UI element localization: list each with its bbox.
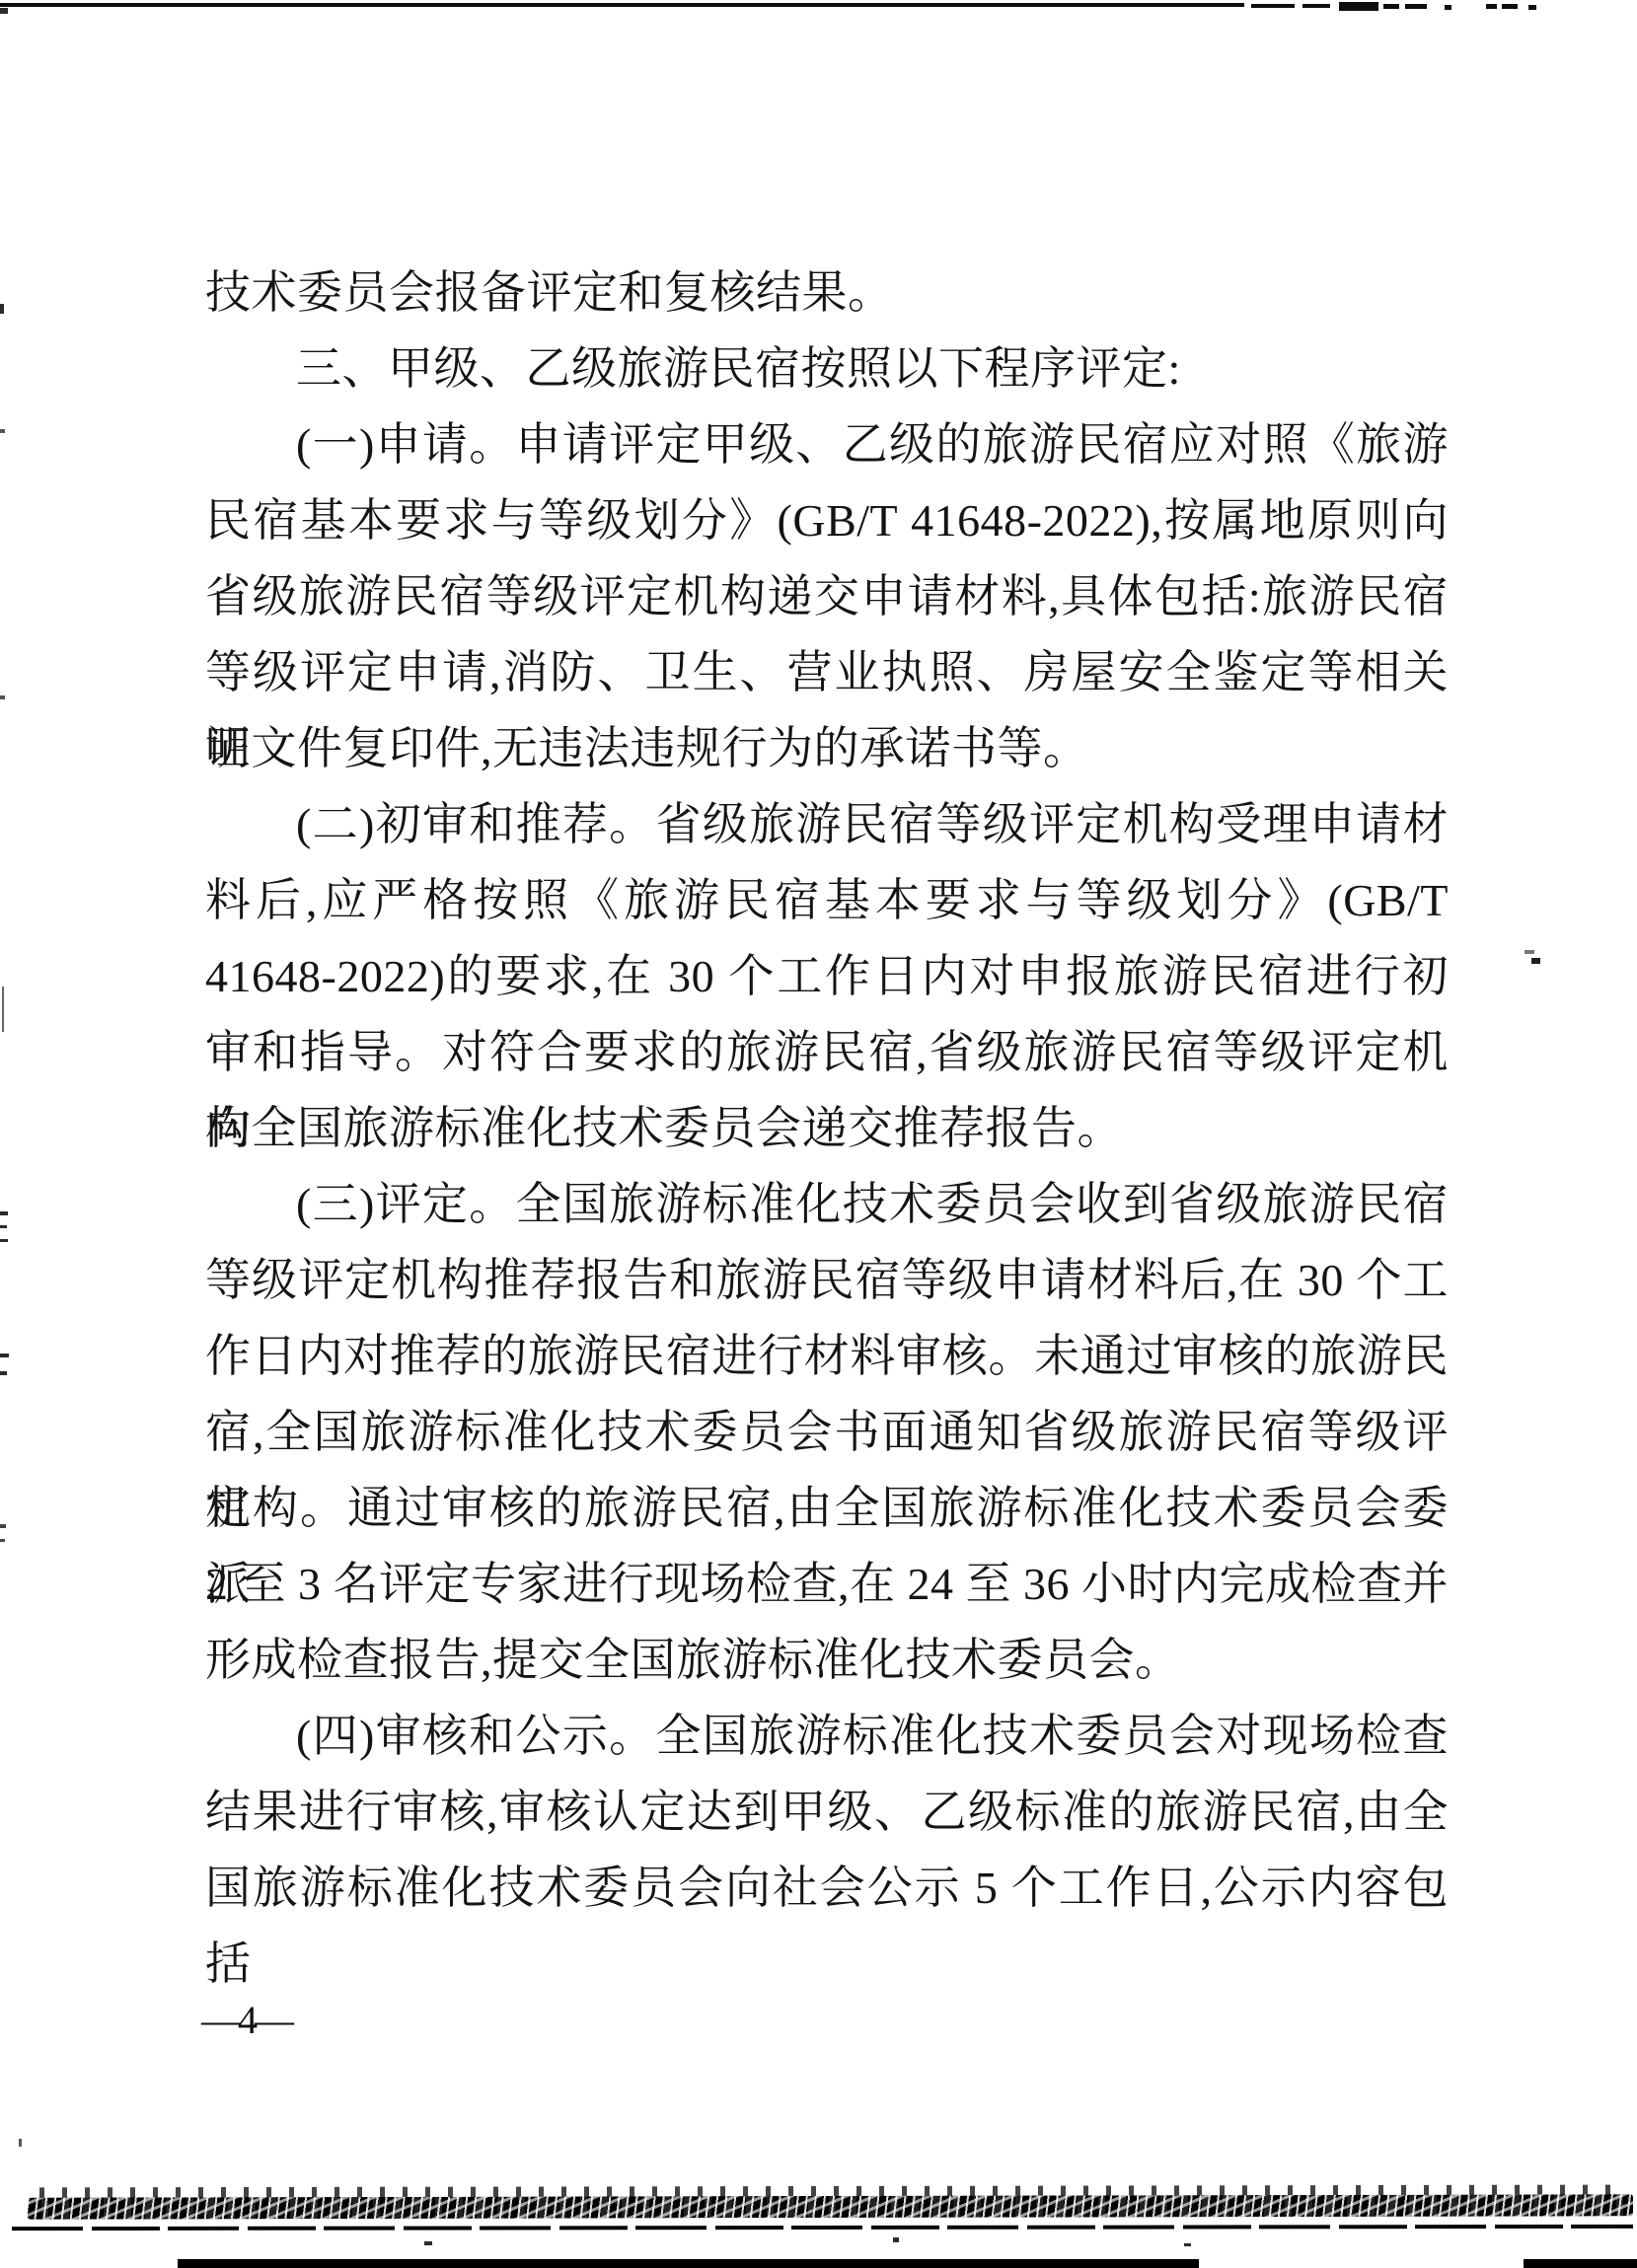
scan-artifact-speck: [0, 429, 5, 433]
text-line: 等级评定申请,消防、卫生、营业执照、房屋安全鉴定等相关证: [205, 634, 1449, 710]
scan-artifact-dot: [1531, 958, 1540, 964]
scan-artifact-speck: [0, 304, 4, 314]
text-line: 民宿基本要求与等级划分》(GB/T 41648-2022),按属地原则向: [205, 482, 1449, 558]
text-line: 形成检查报告,提交全国旅游标准化技术委员会。: [205, 1622, 1449, 1698]
text-line: (四)审核和公示。全国旅游标准化技术委员会对现场检查: [205, 1698, 1449, 1774]
scan-artifact-dash: [1339, 2, 1378, 11]
scan-artifact-speck: [1184, 2243, 1191, 2246]
scan-artifact-speck: [0, 695, 5, 699]
text-line: 料后,应严格按照《旅游民宿基本要求与等级划分》(GB/T: [205, 862, 1449, 938]
text-line: 技术委员会报备评定和复核结果。: [205, 255, 1449, 330]
text-line: 机构。通过审核的旅游民宿,由全国旅游标准化技术委员会委派: [205, 1470, 1449, 1546]
scan-artifact-dash: [1302, 4, 1330, 8]
scan-artifact-bottom-bar: [178, 2259, 1199, 2268]
scan-artifact-speck: [0, 1239, 8, 1242]
scan-artifact-noise-band: [28, 2194, 1633, 2219]
text-line: 等级评定机构推荐报告和旅游民宿等级申请材料后,在 30 个工: [205, 1242, 1449, 1318]
scan-artifact-speck: [0, 1225, 7, 1228]
scan-artifact-speck: [2, 987, 4, 1032]
text-line: 结果进行审核,审核认定达到甲级、乙级标准的旅游民宿,由全: [205, 1774, 1449, 1850]
page-number: —4—: [201, 2001, 291, 2040]
scan-artifact-dash: [1486, 4, 1497, 9]
text-line: (三)评定。全国旅游标准化技术委员会收到省级旅游民宿: [205, 1166, 1449, 1242]
scan-artifact-bottom-bar: [1524, 2259, 1637, 2268]
scan-artifact-broken-line: [12, 2225, 1633, 2231]
scan-artifact-speck: [0, 1211, 8, 1215]
text-line: (一)申请。申请评定甲级、乙级的旅游民宿应对照《旅游: [205, 406, 1449, 482]
scan-artifact-dot: [1525, 950, 1534, 954]
text-line: 三、甲级、乙级旅游民宿按照以下程序评定:: [205, 330, 1449, 406]
scanned-document-page: 技术委员会报备评定和复核结果。 三、甲级、乙级旅游民宿按照以下程序评定: (一)…: [0, 0, 1637, 2268]
text-line: 审和指导。对符合要求的旅游民宿,省级旅游民宿等级评定机构: [205, 1014, 1449, 1090]
text-line: 宿,全国旅游标准化技术委员会书面通知省级旅游民宿等级评定: [205, 1394, 1449, 1470]
scan-artifact-speck: [0, 1524, 6, 1528]
text-line: 2 至 3 名评定专家进行现场检查,在 24 至 36 小时内完成检查并: [205, 1546, 1449, 1622]
scan-artifact-dash: [1445, 5, 1451, 10]
text-line: 向全国旅游标准化技术委员会递交推荐报告。: [205, 1090, 1449, 1166]
scan-artifact-speck: [0, 1371, 7, 1375]
text-line: 明文件复印件,无违法违规行为的承诺书等。: [205, 710, 1449, 786]
scan-artifact-dash: [1502, 4, 1518, 9]
scan-artifact-dash: [1528, 5, 1536, 10]
text-line: 作日内对推荐的旅游民宿进行材料审核。未通过审核的旅游民: [205, 1318, 1449, 1394]
body-text: 技术委员会报备评定和复核结果。 三、甲级、乙级旅游民宿按照以下程序评定: (一)…: [205, 255, 1449, 1926]
scan-artifact-speck: [893, 2237, 899, 2242]
text-line: 省级旅游民宿等级评定机构递交申请材料,具体包括:旅游民宿: [205, 558, 1449, 634]
text-line: (二)初审和推荐。省级旅游民宿等级评定机构受理申请材: [205, 786, 1449, 862]
scan-artifact-top-line: [0, 3, 1244, 7]
scan-artifact-speck: [424, 2241, 432, 2245]
scan-artifact-dot: [19, 2139, 22, 2147]
scan-artifact-dash: [1405, 4, 1427, 9]
scan-artifact-speck: [0, 1353, 9, 1357]
text-line: 41648-2022)的要求,在 30 个工作日内对申报旅游民宿进行初: [205, 938, 1449, 1014]
text-line: 国旅游标准化技术委员会向社会公示 5 个工作日,公示内容包括: [205, 1850, 1449, 1926]
scan-artifact-dash: [1251, 4, 1295, 8]
scan-artifact-speck: [0, 8, 8, 14]
scan-artifact-speck: [0, 1539, 5, 1542]
scan-artifact-dash: [1383, 4, 1399, 9]
